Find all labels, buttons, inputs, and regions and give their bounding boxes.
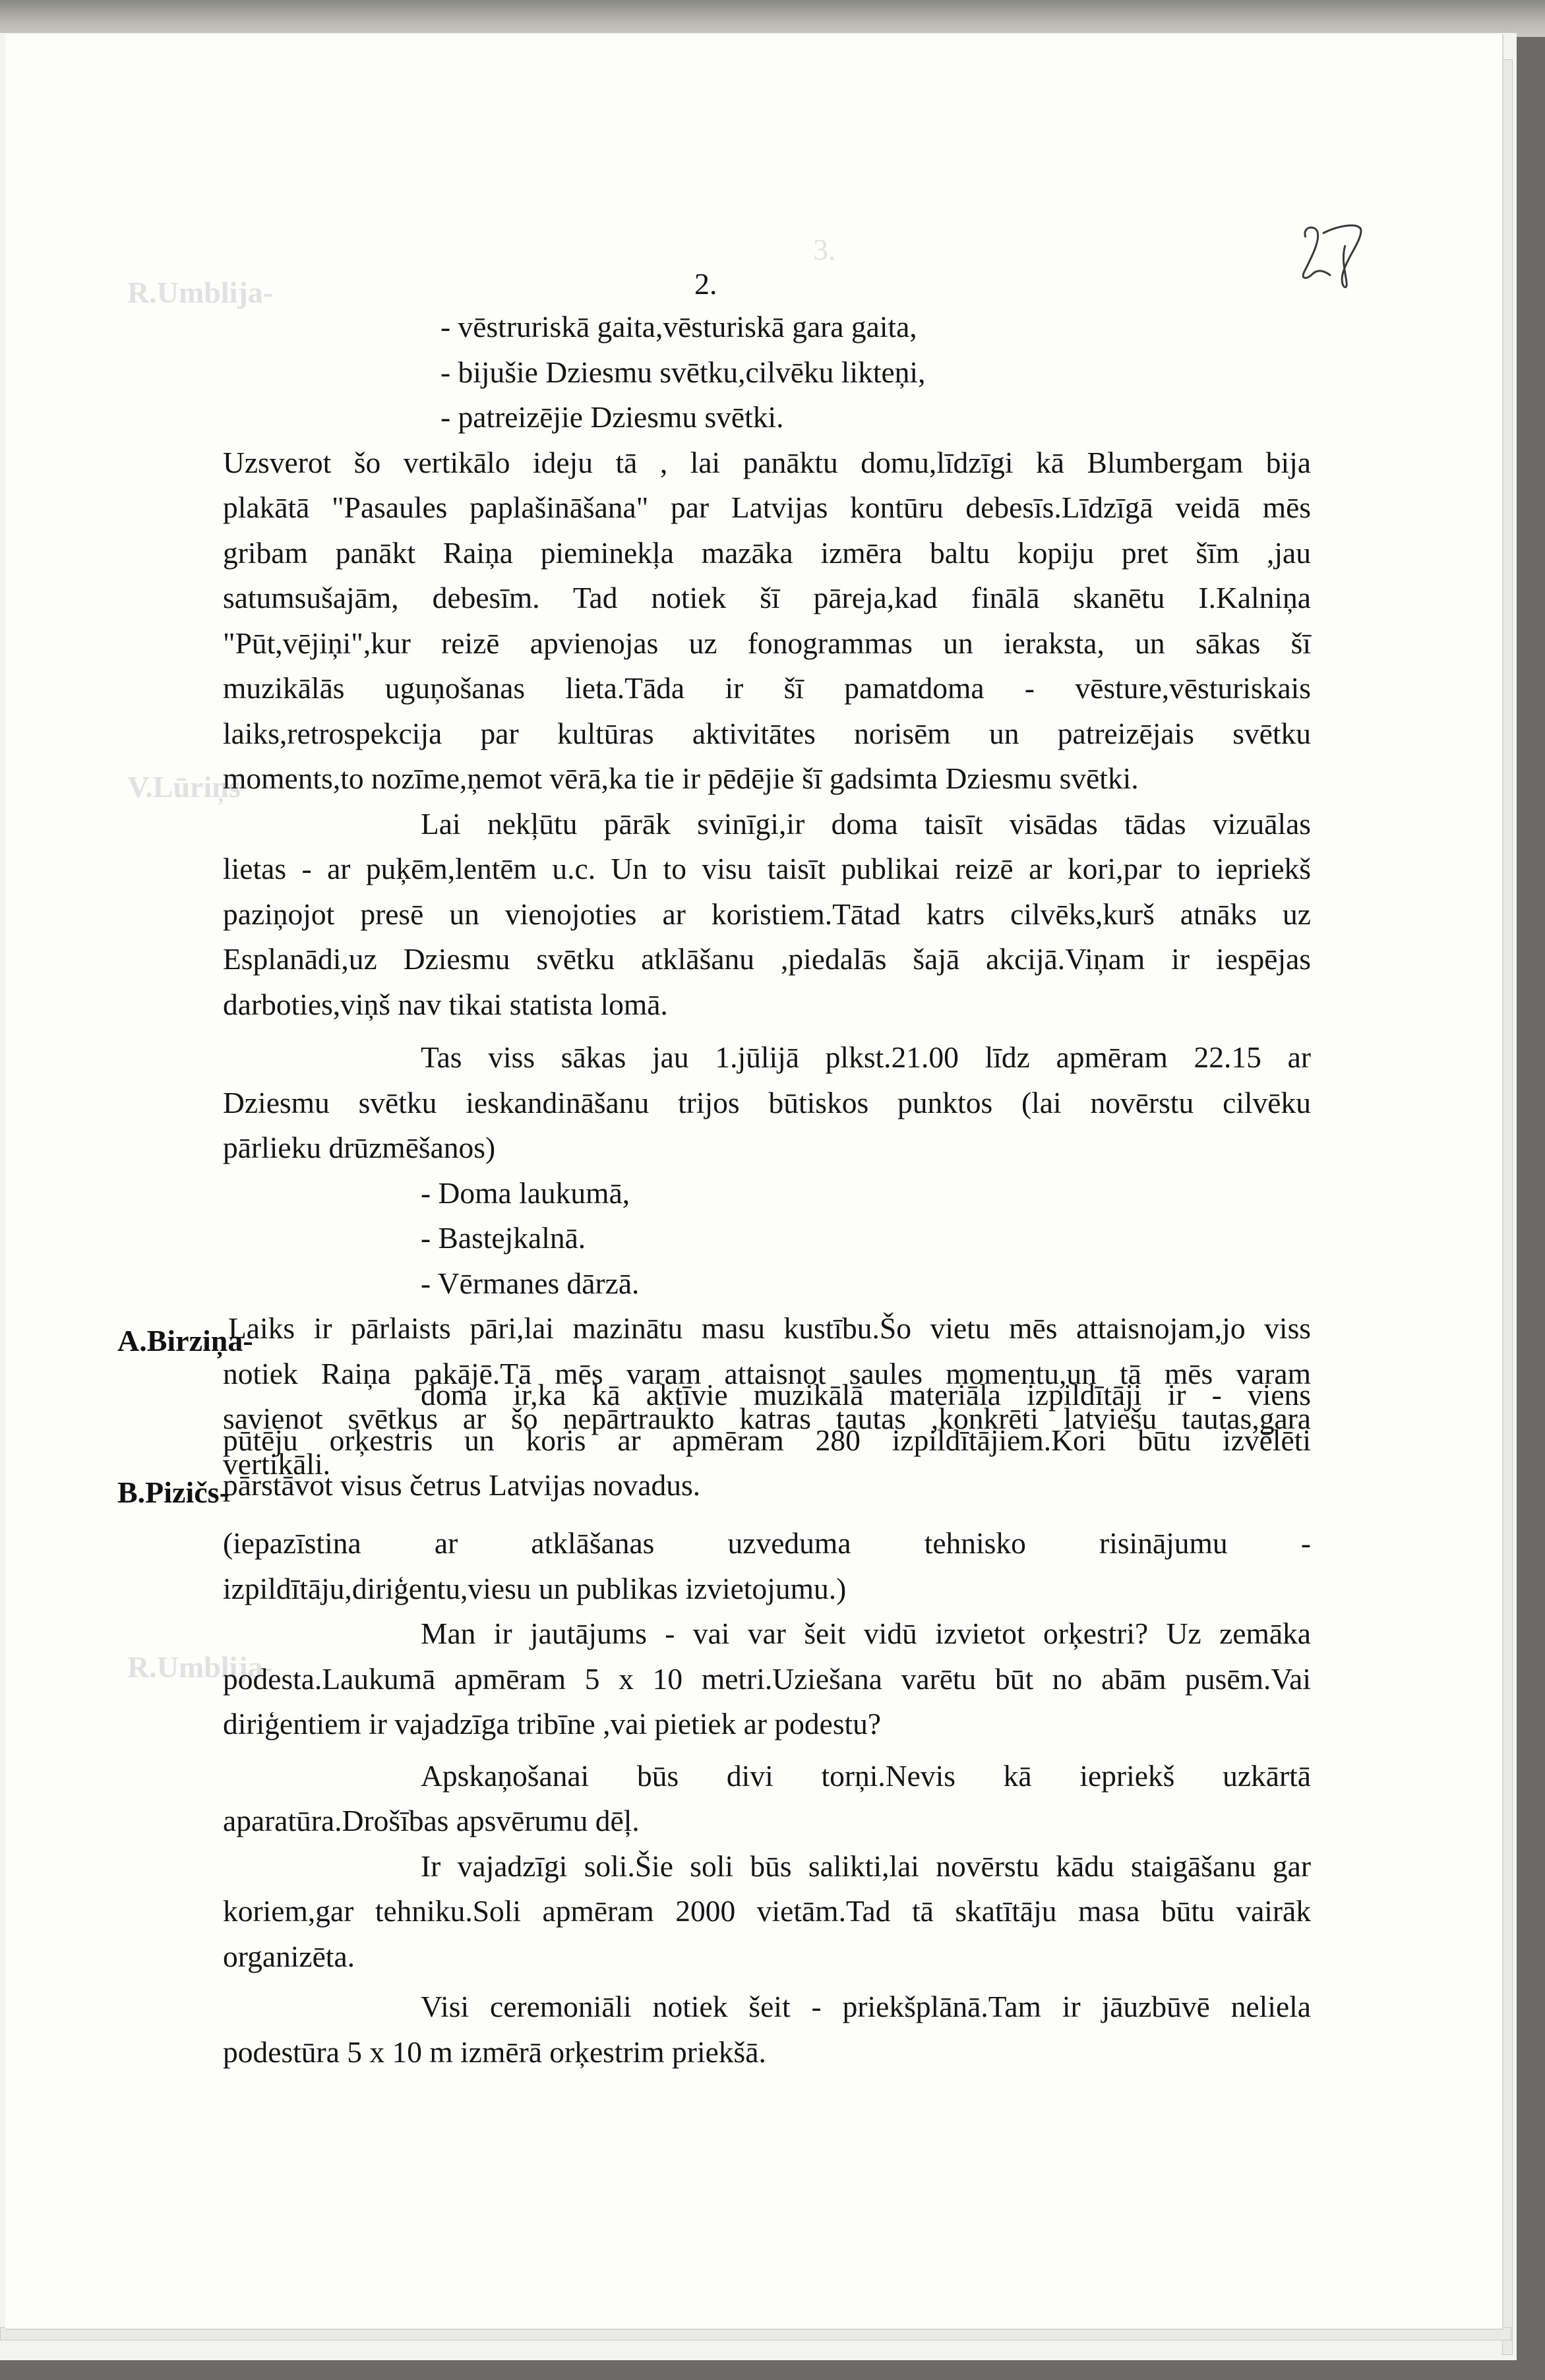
speaker-text: (iepazīstina ar atklāšanas uzveduma tehn… bbox=[223, 1521, 1311, 2075]
list-item: - Doma laukumā, bbox=[223, 1171, 1311, 1216]
paragraph-line: (iepazīstina ar atklāšanas uzveduma tehn… bbox=[223, 1521, 1311, 1566]
paragraph-line: doma ir,ka kā aktīvie muzikālā materiāla… bbox=[223, 1373, 1311, 1418]
paragraph-line: Man ir jautājums - vai var šeit vidū izv… bbox=[223, 1611, 1311, 1657]
list-item: - vēstruriskā gaita,vēsturiskā gara gait… bbox=[223, 305, 1311, 350]
paragraph-line: paziņojot presē un vienojoties ar korist… bbox=[223, 892, 1311, 937]
paragraph-line: pūtēju orķestris un koris ar apmēram 280… bbox=[223, 1418, 1311, 1464]
paragraph-line: "Pūt,vējiņi",kur reizē apvienojas uz fon… bbox=[223, 621, 1311, 667]
stacked-page-edge bbox=[1502, 59, 1513, 2355]
speaker-text: doma ir,ka kā aktīvie muzikālā materiāla… bbox=[223, 1373, 1311, 1508]
body-text: - vēstruriskā gaita,vēsturiskā gara gait… bbox=[223, 305, 1311, 1487]
paragraph-line: Visi ceremoniāli notiek šeit - priekšplā… bbox=[223, 1984, 1311, 2030]
paragraph-line: Apskaņošanai būs divi torņi.Nevis kā iep… bbox=[223, 1754, 1311, 1799]
bleed-through-page-number: 3. bbox=[813, 232, 836, 267]
paragraph-line: pārlieku drūzmēšanos) bbox=[223, 1125, 1311, 1171]
paragraph-line: gribam panākt Raiņa pieminekļa mazāka iz… bbox=[223, 531, 1311, 576]
paragraph-line: plakātā "Pasaules paplašināšana" par Lat… bbox=[223, 485, 1311, 531]
paragraph-line: diriģentiem ir vajadzīga tribīne ,vai pi… bbox=[223, 1702, 1311, 1747]
paragraph-line: Laiks ir pārlaists pāri,lai mazinātu mas… bbox=[223, 1306, 1311, 1352]
list-item: - patreizējie Dziesmu svētki. bbox=[223, 395, 1311, 440]
paragraph-line: organizēta. bbox=[223, 1934, 1311, 1980]
handwritten-folio-number: 28 bbox=[1298, 219, 1370, 298]
paragraph-line: darboties,viņš nav tikai statista lomā. bbox=[223, 982, 1311, 1028]
paragraph-line: Esplanādi,uz Dziesmu svētku atklāšanu ,p… bbox=[223, 937, 1311, 982]
paragraph-line: podestūra 5 x 10 m izmērā orķestrim prie… bbox=[223, 2030, 1311, 2075]
paragraph-line: izpildītāju,diriģentu,viesu un publikas … bbox=[223, 1566, 1311, 1612]
paragraph-line: Lai nekļūtu pārāk svinīgi,ir doma taisīt… bbox=[223, 802, 1311, 847]
speaker-label: A.Birziņa- bbox=[117, 1323, 253, 1358]
paragraph-line: satumsušajām, debesīm. Tad notiek šī pār… bbox=[223, 576, 1311, 621]
speaker-label: B.Pizičs- bbox=[117, 1475, 229, 1510]
paragraph-line: Uzsverot šo vertikālo ideju tā , lai pan… bbox=[223, 440, 1311, 486]
paragraph-line: pārstāvot visus četrus Latvijas novadus. bbox=[223, 1463, 1311, 1508]
list-item: - Bastejkalnā. bbox=[223, 1216, 1311, 1261]
list-item: - bijušie Dziesmu svētku,cilvēku likteņi… bbox=[223, 350, 1311, 396]
paragraph-line: moments,to nozīme,ņemot vērā,ka tie ir p… bbox=[223, 756, 1311, 802]
paragraph-line: koriem,gar tehniku.Soli apmēram 2000 vie… bbox=[223, 1889, 1311, 1934]
page-number: 2. bbox=[694, 266, 717, 301]
paragraph-line: Tas viss sākas jau 1.jūlijā plkst.21.00 … bbox=[223, 1035, 1311, 1081]
paragraph-line: muzikālās uguņošanas lieta.Tāda ir šī pa… bbox=[223, 666, 1311, 711]
paragraph-line: Ir vajadzīgi soli.Šie soli būs salikti,l… bbox=[223, 1844, 1311, 1889]
document-page: R.Umblija- V.Lūriņš R.Umblija- 3. 28 2. … bbox=[5, 34, 1503, 2330]
list-item: - Vērmanes dārzā. bbox=[223, 1261, 1311, 1307]
paragraph-line: lietas - ar puķēm,lentēm u.c. Un to visu… bbox=[223, 847, 1311, 892]
paragraph-line: laiks,retrospekcija par kultūras aktivit… bbox=[223, 711, 1311, 757]
paragraph-line: aparatūra.Drošības apsvērumu dēļ. bbox=[223, 1799, 1311, 1844]
scanner-background bbox=[0, 0, 1545, 37]
paragraph-line: Dziesmu svētku ieskandināšanu trijos būt… bbox=[223, 1081, 1311, 1126]
paragraph-line: podesta.Laukumā apmēram 5 x 10 metri.Uzi… bbox=[223, 1657, 1311, 1702]
